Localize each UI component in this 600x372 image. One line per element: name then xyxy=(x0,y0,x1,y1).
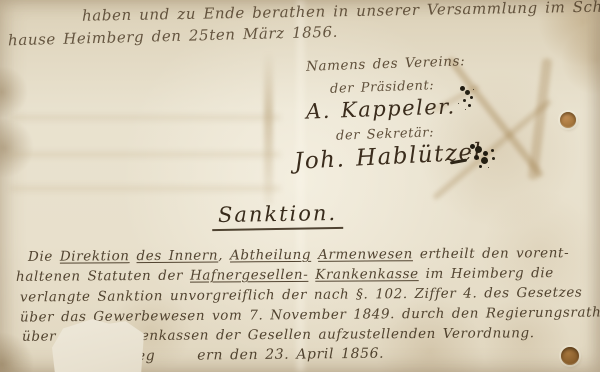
president-signature: A. Kappeler. xyxy=(306,94,456,123)
body-line: verlangte Sanktion unvorgreiflich der na… xyxy=(20,285,583,306)
body-line: haltenen Statuten der Hafnergesellen- Kr… xyxy=(16,265,554,285)
signature-caption-secretary: der Sekretär: xyxy=(336,125,435,143)
horizontal-crease xyxy=(10,152,280,157)
closing-line-1: haben und zu Ende berathen in unserer Ve… xyxy=(82,0,600,25)
signature-caption-president: der Präsident: xyxy=(330,78,435,97)
ink-blot xyxy=(460,86,465,91)
paper-repair-patch xyxy=(52,319,144,372)
date-line: Gegern den 23. April 1856. xyxy=(125,346,384,365)
secretary-signature: Joh. Hablützel xyxy=(293,139,483,175)
body-line: über das Gewerbewesen vom 7. November 18… xyxy=(20,304,600,325)
horizontal-crease xyxy=(10,186,280,191)
closing-line-2: hause Heimberg den 25ten März 1856. xyxy=(8,23,338,50)
signature-caption-in-the-name-of: Namens des Vereins: xyxy=(306,53,466,75)
punch-hole-top xyxy=(560,112,576,128)
manuscript-page: haben und zu Ende berathen in unserer Ve… xyxy=(0,0,600,372)
section-heading-sanktion: Sanktion. xyxy=(212,201,344,231)
punch-hole-bottom xyxy=(561,347,579,365)
ink-blot xyxy=(470,144,475,149)
horizontal-crease xyxy=(10,115,280,120)
stained-vertical-crease xyxy=(264,52,273,204)
body-line: Die Direktion des Innern, Abtheilung Arm… xyxy=(28,245,569,265)
